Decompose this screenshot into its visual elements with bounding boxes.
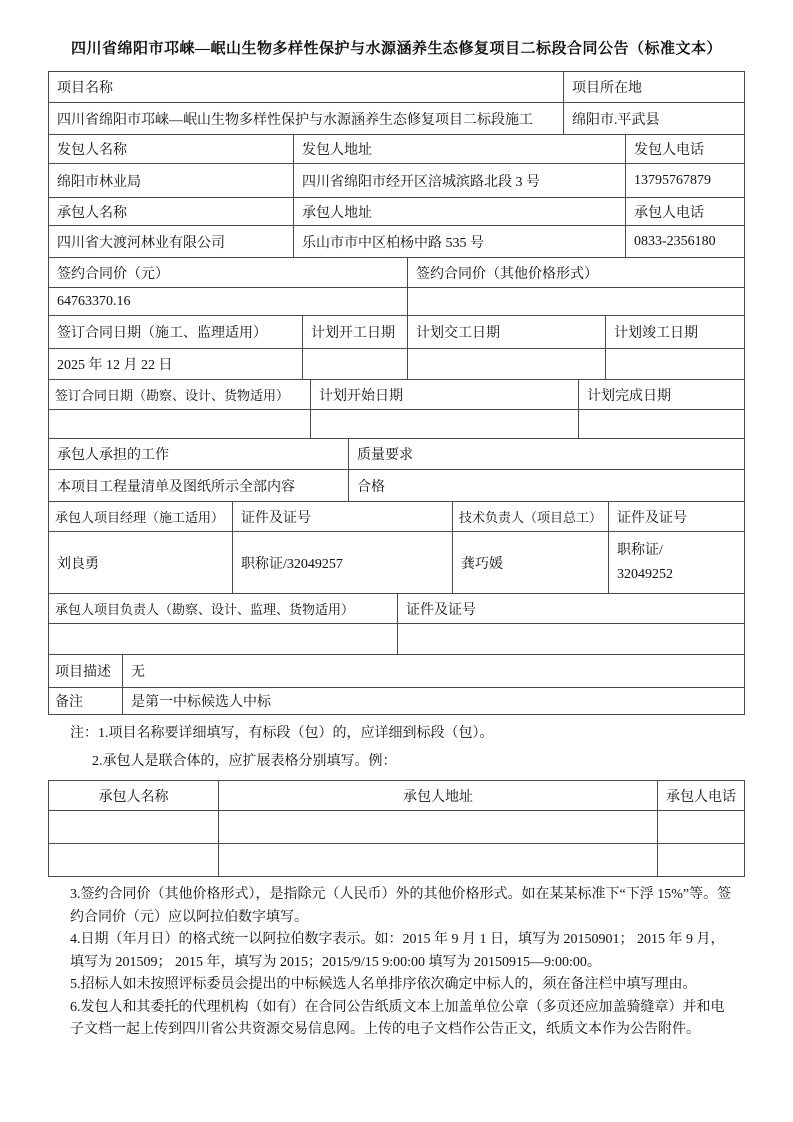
note-line-1: 注：1.项目名称要详细填写，有标段（包）的，应详细到标段（包）。 [70, 720, 793, 748]
plan-completion-date-label: 计划竣工日期 [606, 316, 744, 348]
note-item-3: 3.签约合同价（其他价格形式），是指除元（人民币）外的其他价格形式。如在某某标准… [70, 884, 738, 929]
employer-address-label: 发包人地址 [294, 135, 626, 163]
tech-director-value: 龚巧媛 [453, 532, 609, 593]
example-cell [658, 844, 744, 876]
plan-finish-date-label: 计划完成日期 [579, 380, 744, 409]
plan-delivery-date-value [408, 349, 606, 379]
example-contractor-address-header: 承包人地址 [219, 781, 658, 810]
example-cell [49, 811, 219, 843]
table-row: 承包人项目负责人（勘察、设计、监理、货物适用） 证件及证号 [49, 594, 744, 624]
contract-price-value: 64763370.16 [49, 288, 408, 315]
leader-cert-value [398, 624, 744, 654]
notes-bottom: 3.签约合同价（其他价格形式），是指除元（人民币）外的其他价格形式。如在某某标准… [70, 884, 738, 1042]
plan-finish-date-value [579, 410, 744, 438]
contractor-phone-label: 承包人电话 [626, 198, 744, 225]
table-row: 发包人名称 发包人地址 发包人电话 [49, 135, 744, 164]
table-row: 承包人承担的工作 质量要求 [49, 439, 744, 470]
table-row [49, 410, 744, 439]
sign-date-construction-label: 签订合同日期（施工、监理适用） [49, 316, 303, 348]
example-contractor-phone-header: 承包人电话 [658, 781, 744, 810]
quality-requirement-label: 质量要求 [349, 439, 744, 469]
contractor-work-label: 承包人承担的工作 [49, 439, 349, 469]
example-cell [219, 844, 658, 876]
employer-name-label: 发包人名称 [49, 135, 294, 163]
contract-price-other-label: 签约合同价（其他价格形式） [408, 258, 744, 287]
plan-completion-date-value [606, 349, 744, 379]
table-row: 本项目工程量清单及图纸所示全部内容 合格 [49, 470, 744, 502]
table-row: 备注 是第一中标候选人中标 [49, 688, 744, 714]
remarks-label: 备注 [49, 688, 123, 714]
table-row: 四川省绵阳市邛崃—岷山生物多样性保护与水源涵养生态修复项目二标段施工 绵阳市.平… [49, 103, 744, 135]
project-location-label: 项目所在地 [564, 72, 744, 102]
employer-phone-label: 发包人电话 [626, 135, 744, 163]
table-row: 绵阳市林业局 四川省绵阳市经开区涪城滨路北段 3 号 13795767879 [49, 164, 744, 198]
table-row: 项目描述 无 [49, 655, 744, 688]
sign-date-survey-value [49, 410, 311, 438]
project-leader-value [49, 624, 398, 654]
document-title: 四川省绵阳市邛崃—岷山生物多样性保护与水源涵养生态修复项目二标段合同公告（标准文… [0, 0, 793, 58]
note-item-1: 1.项目名称要详细填写，有标段（包）的，应详细到标段（包）。 [98, 726, 494, 741]
project-location-value: 绵阳市.平武县 [564, 103, 744, 134]
plan-start-date-value [303, 349, 408, 379]
table-row: 四川省大渡河林业有限公司 乐山市市中区柏杨中路 535 号 0833-23561… [49, 226, 744, 258]
plan-begin-date-label: 计划开始日期 [311, 380, 579, 409]
table-row: 64763370.16 [49, 288, 744, 316]
example-contractor-name-header: 承包人名称 [49, 781, 219, 810]
contractor-phone-value: 0833-2356180 [626, 226, 744, 257]
tech-director-cert-label: 证件及证号 [609, 502, 744, 531]
table-row: 承包人项目经理（施工适用） 证件及证号 技术负责人（项目总工） 证件及证号 [49, 502, 744, 532]
project-manager-label: 承包人项目经理（施工适用） [49, 502, 233, 531]
project-manager-value: 刘良勇 [49, 532, 233, 593]
plan-begin-date-value [311, 410, 579, 438]
note-item-4: 4.日期（年月日）的格式统一以阿拉伯数字表示。如：2015 年 9 月 1 日，… [70, 929, 738, 974]
manager-cert-label: 证件及证号 [233, 502, 453, 531]
note-item-5: 5.招标人如未按照评标委员会提出的中标候选人名单排序依次确定中标人的，须在备注栏… [70, 974, 738, 997]
example-cell [219, 811, 658, 843]
table-row [49, 811, 744, 844]
example-cell [658, 811, 744, 843]
employer-name-value: 绵阳市林业局 [49, 164, 294, 197]
project-name-value: 四川省绵阳市邛崃—岷山生物多样性保护与水源涵养生态修复项目二标段施工 [49, 103, 564, 134]
contractor-address-label: 承包人地址 [294, 198, 626, 225]
example-cell [49, 844, 219, 876]
contractor-name-label: 承包人名称 [49, 198, 294, 225]
table-row: 2025 年 12 月 22 日 [49, 349, 744, 380]
note-item-6: 6.发包人和其委托的代理机构（如有）在合同公告纸质文本上加盖单位公章（多页还应加… [70, 997, 738, 1042]
contract-announcement-page: 四川省绵阳市邛崃—岷山生物多样性保护与水源涵养生态修复项目二标段合同公告（标准文… [0, 0, 793, 1122]
project-description-value: 无 [123, 655, 744, 687]
note-item-2: 2.承包人是联合体的，应扩展表格分别填写。例： [70, 748, 793, 776]
contract-price-label: 签约合同价（元） [49, 258, 408, 287]
plan-delivery-date-label: 计划交工日期 [408, 316, 606, 348]
tech-director-cert-value: 职称证/ 32049252 [609, 532, 744, 593]
table-row: 承包人名称 承包人地址 承包人电话 [49, 198, 744, 226]
project-description-label: 项目描述 [49, 655, 123, 687]
table-row [49, 624, 744, 655]
employer-phone-value: 13795767879 [626, 164, 744, 197]
quality-requirement-value: 合格 [349, 470, 744, 501]
contractor-address-value: 乐山市市中区柏杨中路 535 号 [294, 226, 626, 257]
remarks-value: 是第一中标候选人中标 [123, 688, 744, 714]
tech-director-label: 技术负责人（项目总工） [453, 502, 609, 531]
table-row [49, 844, 744, 876]
project-name-label: 项目名称 [49, 72, 564, 102]
contract-price-other-value [408, 288, 744, 315]
manager-cert-value: 职称证/32049257 [233, 532, 453, 593]
table-row: 签约合同价（元） 签约合同价（其他价格形式） [49, 258, 744, 288]
contractor-name-value: 四川省大渡河林业有限公司 [49, 226, 294, 257]
sign-date-construction-value: 2025 年 12 月 22 日 [49, 349, 303, 379]
table-row: 签订合同日期（施工、监理适用） 计划开工日期 计划交工日期 计划竣工日期 [49, 316, 744, 349]
table-row: 刘良勇 职称证/32049257 龚巧媛 职称证/ 32049252 [49, 532, 744, 594]
sign-date-survey-label: 签订合同日期（勘察、设计、货物适用） [49, 380, 311, 409]
table-row: 承包人名称 承包人地址 承包人电话 [49, 781, 744, 811]
project-leader-label: 承包人项目负责人（勘察、设计、监理、货物适用） [49, 594, 398, 623]
joint-venture-example-table: 承包人名称 承包人地址 承包人电话 [48, 780, 745, 877]
table-row: 签订合同日期（勘察、设计、货物适用） 计划开始日期 计划完成日期 [49, 380, 744, 410]
notes-top: 注：1.项目名称要详细填写，有标段（包）的，应详细到标段（包）。 2.承包人是联… [70, 720, 793, 776]
note-prefix: 注： [70, 726, 98, 741]
plan-start-date-label: 计划开工日期 [303, 316, 408, 348]
leader-cert-label: 证件及证号 [398, 594, 744, 623]
contractor-work-value: 本项目工程量清单及图纸所示全部内容 [49, 470, 349, 501]
contract-form-table: 项目名称 项目所在地 四川省绵阳市邛崃—岷山生物多样性保护与水源涵养生态修复项目… [48, 71, 745, 715]
table-row: 项目名称 项目所在地 [49, 72, 744, 103]
employer-address-value: 四川省绵阳市经开区涪城滨路北段 3 号 [294, 164, 626, 197]
